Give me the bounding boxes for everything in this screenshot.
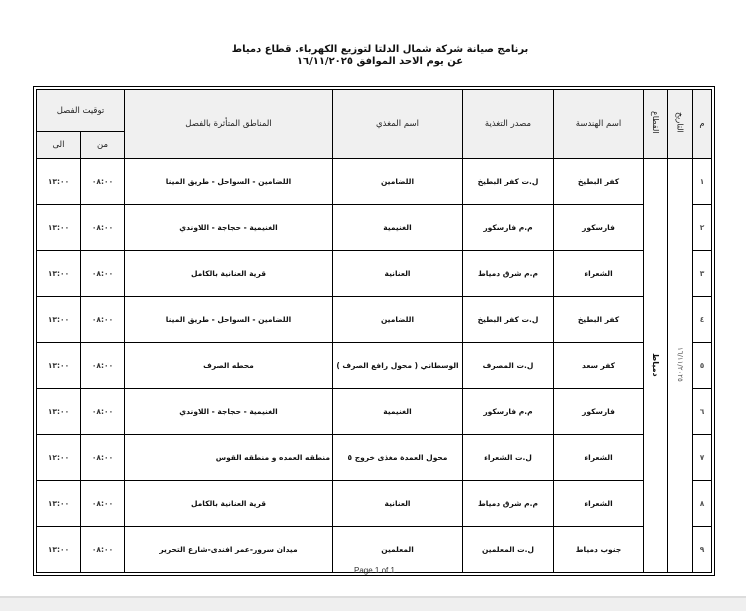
time-from-cell: ٠٨:٠٠ xyxy=(81,481,125,527)
header-index: م xyxy=(693,90,712,159)
table-row: ٥ كفر سعد ل.ت المصرف الوسطاني ( محول راف… xyxy=(37,343,712,389)
document-title: برنامج صيانة شركة شمال الدلتا لتوزيع الك… xyxy=(180,44,580,55)
header-areas: المناطق المتأثرة بالفصل xyxy=(125,90,333,159)
engineering-cell: فارسكور xyxy=(554,205,644,251)
sector-cell: دمياط xyxy=(644,159,668,573)
feeder-cell: محول العمدة مغذى خروج ٥ xyxy=(333,435,463,481)
header-source: مصدر التغذية xyxy=(463,90,554,159)
source-cell: م.م فارسكور xyxy=(463,389,554,435)
engineering-cell: كفر البطيخ xyxy=(554,159,644,205)
areas-cell: منطقه العمده و منطقه القوس xyxy=(125,435,333,481)
source-cell: م.م شرق دمياط xyxy=(463,251,554,297)
feeder-cell: الغنيمية xyxy=(333,205,463,251)
time-from-cell: ٠٨:٠٠ xyxy=(81,527,125,573)
time-to-cell: ١٣:٠٠ xyxy=(37,205,81,251)
header-sector: القطاع xyxy=(644,90,668,159)
header-time-from: من xyxy=(81,132,125,159)
areas-cell: ميدان سرور-عمر افندى-شارع التحرير xyxy=(125,527,333,573)
source-cell: ل.ت كفر البطيخ xyxy=(463,297,554,343)
time-from-cell: ٠٨:٠٠ xyxy=(81,297,125,343)
time-to-cell: ١٣:٠٠ xyxy=(37,343,81,389)
header-feeder: اسم المغذي xyxy=(333,90,463,159)
time-to-cell: ١٣:٠٠ xyxy=(37,527,81,573)
areas-cell: اللضامين - السواحل - طريق المينا xyxy=(125,297,333,343)
row-index: ٢ xyxy=(693,205,712,251)
source-cell: م.م شرق دمياط xyxy=(463,481,554,527)
page-indicator: Page 1 of 1 xyxy=(354,566,395,575)
table-row: ٣ الشعراء م.م شرق دمياط العنانية قرية ال… xyxy=(37,251,712,297)
time-from-cell: ٠٨:٠٠ xyxy=(81,205,125,251)
time-to-cell: ١٣:٠٠ xyxy=(37,297,81,343)
time-from-cell: ٠٨:٠٠ xyxy=(81,343,125,389)
source-cell: ل.ت الشعراء xyxy=(463,435,554,481)
table-row: ٤ كفر البطيخ ل.ت كفر البطيخ اللضامين الل… xyxy=(37,297,712,343)
feeder-cell: الوسطاني ( محول رافع الصرف ) xyxy=(333,343,463,389)
engineering-cell: جنوب دمياط xyxy=(554,527,644,573)
engineering-cell: كفر البطيخ xyxy=(554,297,644,343)
row-index: ٨ xyxy=(693,481,712,527)
time-from-cell: ٠٨:٠٠ xyxy=(81,435,125,481)
areas-cell: محطه الصرف xyxy=(125,343,333,389)
row-index: ٤ xyxy=(693,297,712,343)
row-index: ٧ xyxy=(693,435,712,481)
areas-cell: قرية العنانية بالكامل xyxy=(125,251,333,297)
row-index: ٣ xyxy=(693,251,712,297)
viewer-bottom-bar xyxy=(0,596,746,611)
time-from-cell: ٠٨:٠٠ xyxy=(81,251,125,297)
table-row: ٦ فارسكور م.م فارسكور الغنيمية الغنيمية … xyxy=(37,389,712,435)
time-to-cell: ١٣:٠٠ xyxy=(37,481,81,527)
feeder-cell: العنانية xyxy=(333,481,463,527)
header-date: التاريخ xyxy=(668,90,693,159)
areas-cell: الغنيمية - حجاجة - اللاوندي xyxy=(125,205,333,251)
source-cell: ل.ت المصرف xyxy=(463,343,554,389)
date-cell: ١٦/١١/٢٠٢٥ xyxy=(668,159,693,573)
time-to-cell: ١٢:٠٠ xyxy=(37,435,81,481)
areas-cell: الغنيمية - حجاجة - اللاوندي xyxy=(125,389,333,435)
table-row: ٨ الشعراء م.م شرق دمياط العنانية قرية ال… xyxy=(37,481,712,527)
row-index: ٦ xyxy=(693,389,712,435)
areas-cell: قرية العنانية بالكامل xyxy=(125,481,333,527)
areas-cell: اللضامين - السواحل - طريق المينا xyxy=(125,159,333,205)
row-index: ٩ xyxy=(693,527,712,573)
header-time-to: الى xyxy=(37,132,81,159)
engineering-cell: الشعراء xyxy=(554,435,644,481)
header-time-group: توقيت الفصل xyxy=(37,90,125,132)
row-index: ٥ xyxy=(693,343,712,389)
row-index: ١ xyxy=(693,159,712,205)
time-to-cell: ١٣:٠٠ xyxy=(37,159,81,205)
document-subtitle-date: عن يوم الاحد الموافق ١٦/١١/٢٠٢٥ xyxy=(180,56,580,67)
maintenance-schedule-table: م التاريخ القطاع اسم الهندسة مصدر التغذي… xyxy=(36,89,712,573)
source-cell: ل.ت المعلمين xyxy=(463,527,554,573)
time-from-cell: ٠٨:٠٠ xyxy=(81,389,125,435)
time-from-cell: ٠٨:٠٠ xyxy=(81,159,125,205)
table-row: ٢ فارسكور م.م فارسكور الغنيمية الغنيمية … xyxy=(37,205,712,251)
feeder-cell: العنانية xyxy=(333,251,463,297)
engineering-cell: كفر سعد xyxy=(554,343,644,389)
source-cell: ل.ت كفر البطيخ xyxy=(463,159,554,205)
engineering-cell: فارسكور xyxy=(554,389,644,435)
feeder-cell: الغنيمية xyxy=(333,389,463,435)
table-row: ٧ الشعراء ل.ت الشعراء محول العمدة مغذى خ… xyxy=(37,435,712,481)
engineering-cell: الشعراء xyxy=(554,251,644,297)
time-to-cell: ١٣:٠٠ xyxy=(37,389,81,435)
engineering-cell: الشعراء xyxy=(554,481,644,527)
feeder-cell: المعلمين xyxy=(333,527,463,573)
source-cell: م.م فارسكور xyxy=(463,205,554,251)
time-to-cell: ١٣:٠٠ xyxy=(37,251,81,297)
feeder-cell: اللضامين xyxy=(333,297,463,343)
table-row: ١ ١٦/١١/٢٠٢٥ دمياط كفر البطيخ ل.ت كفر ال… xyxy=(37,159,712,205)
document-page: برنامج صيانة شركة شمال الدلتا لتوزيع الك… xyxy=(0,0,746,596)
feeder-cell: اللضامين xyxy=(333,159,463,205)
header-engineering: اسم الهندسة xyxy=(554,90,644,159)
